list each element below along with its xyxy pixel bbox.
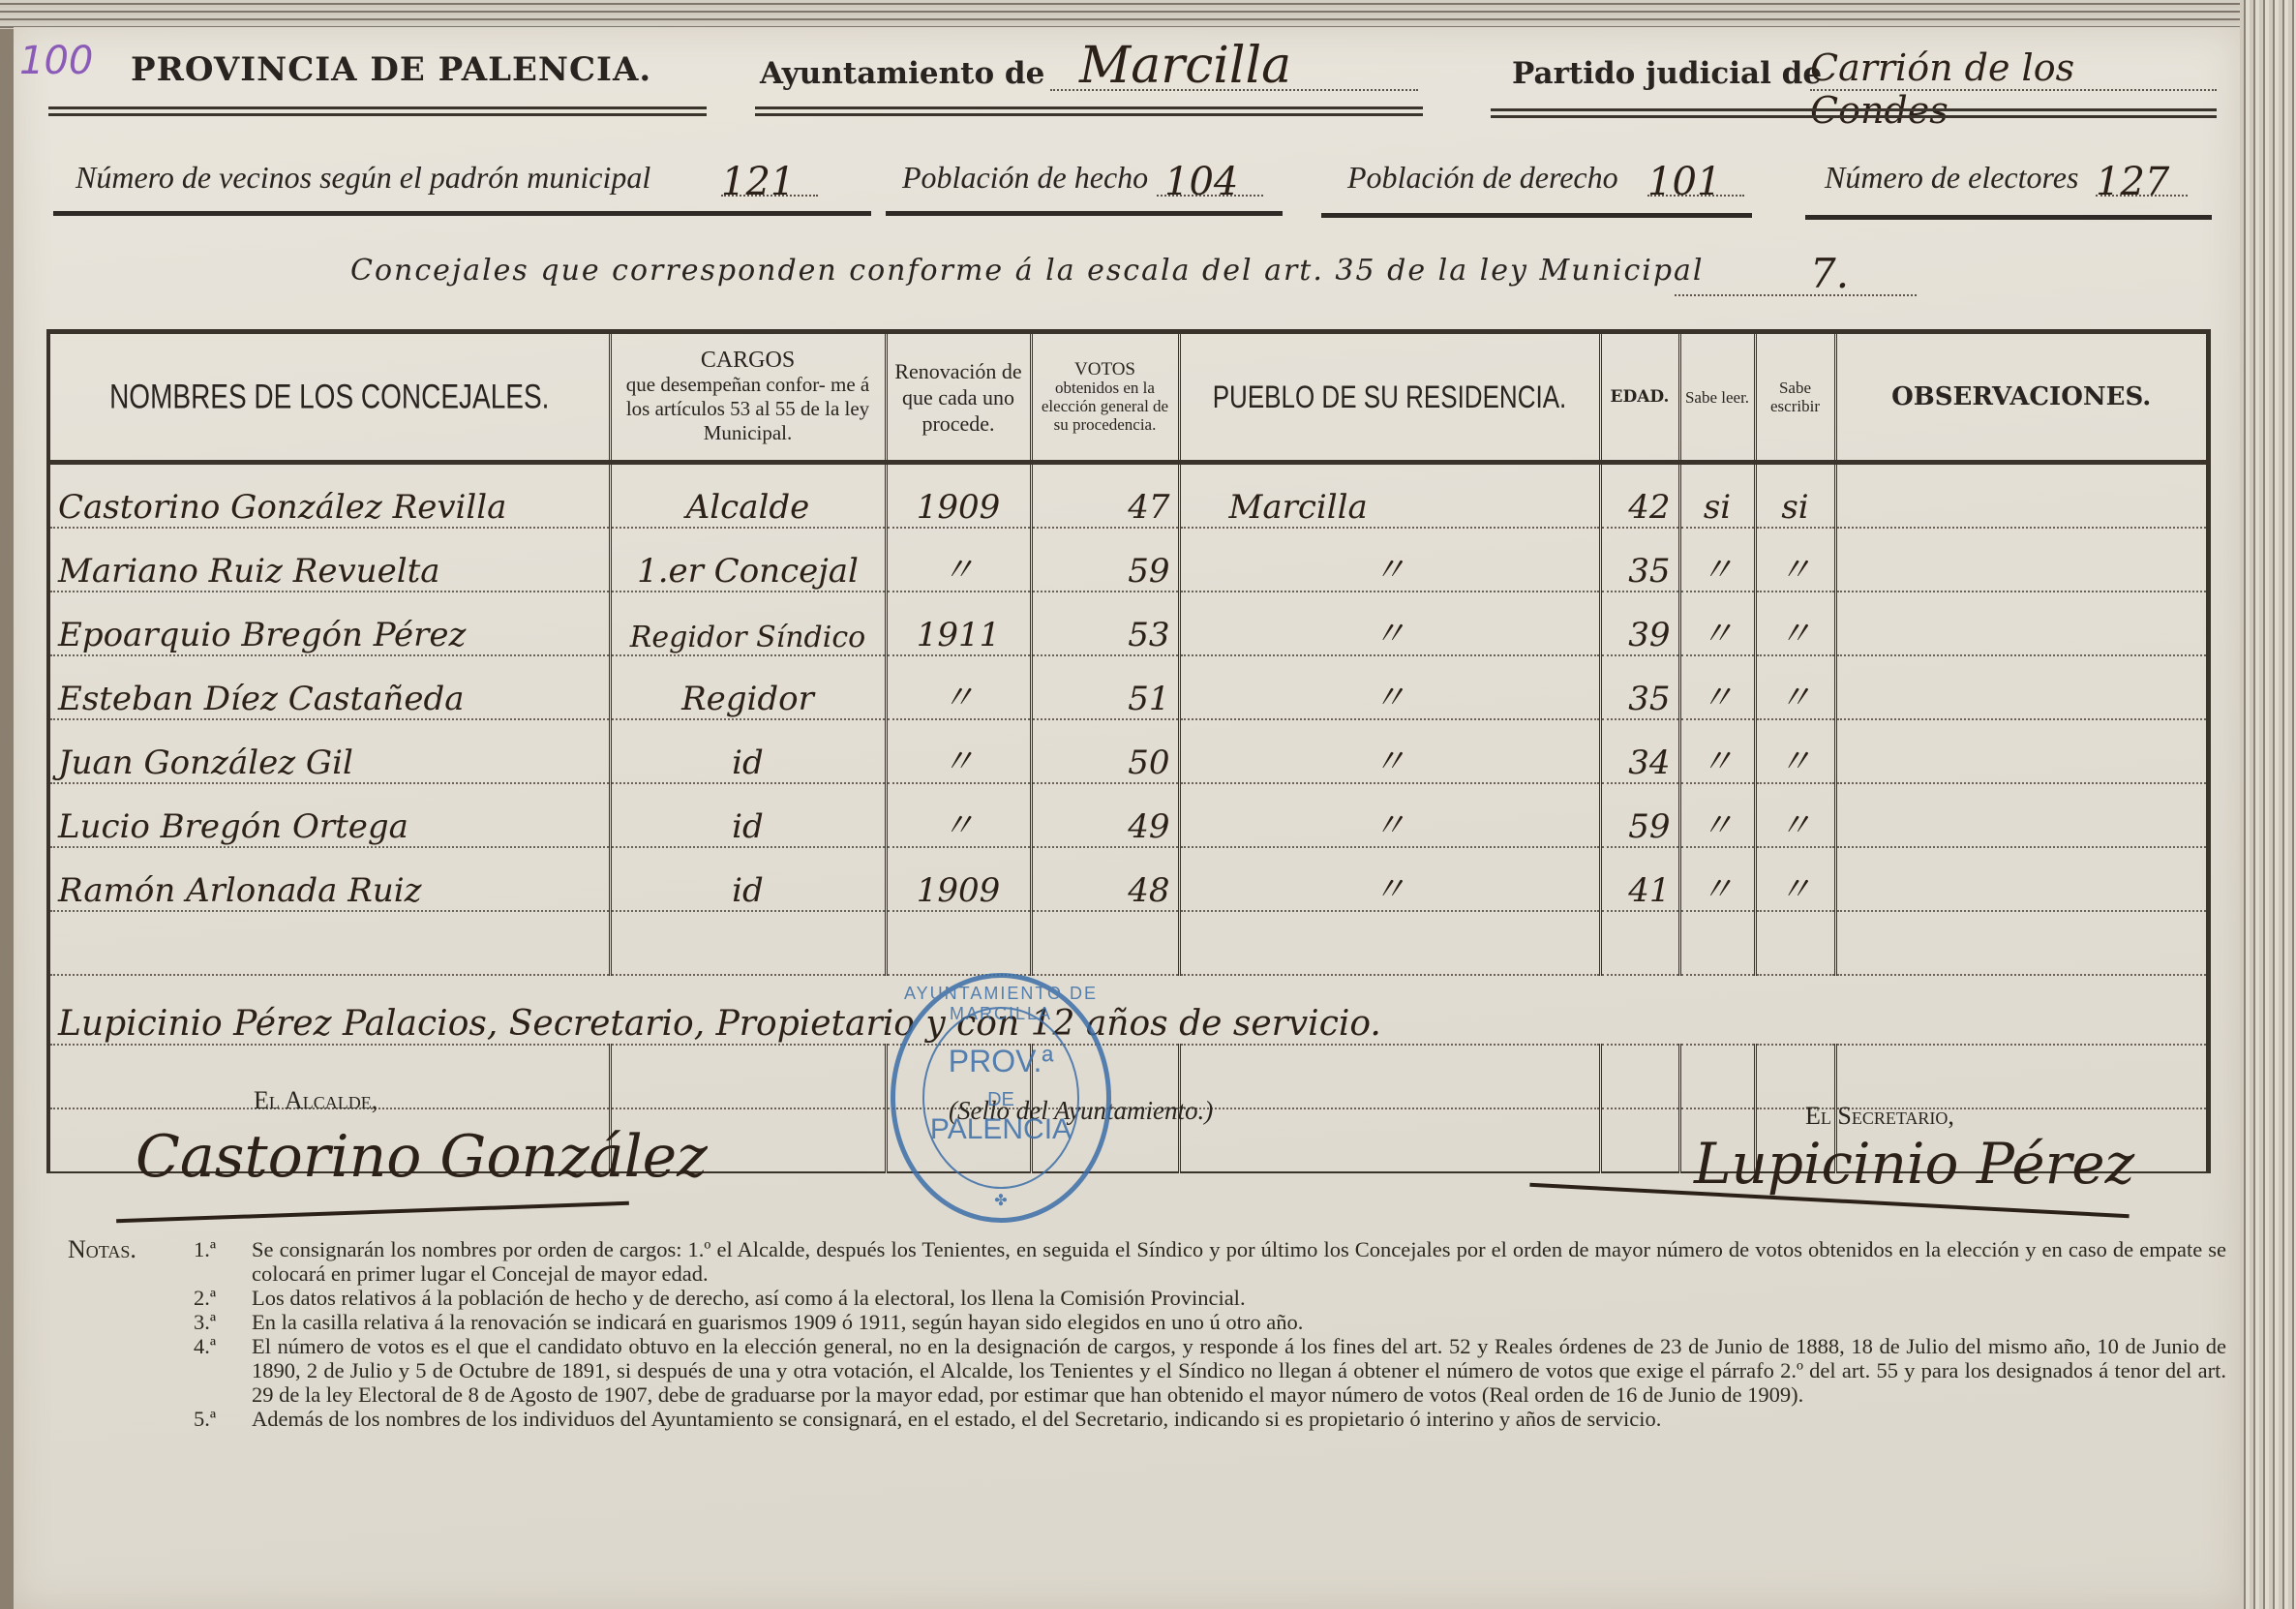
book-top-edge [0, 0, 2296, 29]
table-row-empty [48, 911, 2209, 975]
cell-cargo: Alcalde [610, 463, 886, 529]
cell-leer: 〃 [1679, 847, 1755, 911]
cell-escribir: 〃 [1755, 655, 1835, 719]
cell-edad: 39 [1600, 592, 1679, 655]
col-header-edad: EDAD. [1600, 332, 1679, 463]
cell-renovacion: 1909 [886, 463, 1031, 529]
cell-pueblo: 〃 [1179, 719, 1600, 783]
cell-escribir: 〃 [1755, 719, 1835, 783]
note-item: 5.ª Además de los nombres de los individ… [68, 1407, 2226, 1431]
cell-pueblo: 〃 [1179, 783, 1600, 847]
cell-escribir: 〃 [1755, 783, 1835, 847]
electores-field: 127 [2096, 160, 2188, 197]
cell-edad: 35 [1600, 528, 1679, 592]
divider [48, 106, 707, 116]
derecho-value: 101 [1647, 160, 1721, 204]
col-header-observaciones: OBSERVACIONES. [1835, 332, 2209, 463]
cell-renovacion: 〃 [886, 719, 1031, 783]
note-item: Notas. 1.ª Se consignarán los nombres po… [68, 1237, 2226, 1286]
cell-votos: 51 [1031, 655, 1179, 719]
cell-observaciones [1835, 783, 2209, 847]
cell-leer: 〃 [1679, 783, 1755, 847]
divider [1491, 108, 2217, 118]
cell-nombre: Lucio Bregón Ortega [48, 783, 610, 847]
cell-nombre: Epoarquio Bregón Pérez [48, 592, 610, 655]
stamp-center-top: PROV.ª [895, 1044, 1106, 1079]
cell-renovacion: 〃 [886, 655, 1031, 719]
cell-edad: 34 [1600, 719, 1679, 783]
electores-label: Número de electores [1825, 160, 2078, 196]
divider [1805, 215, 2212, 220]
cell-escribir: 〃 [1755, 847, 1835, 911]
cell-votos: 50 [1031, 719, 1179, 783]
concejales-label: Concejales que corresponden conforme á l… [350, 254, 1705, 288]
col-header-votos: VOTOS obtenidos en la elección general d… [1031, 332, 1179, 463]
table-row: Epoarquio Bregón Pérez Regidor Síndico 1… [48, 592, 2209, 655]
cell-observaciones [1835, 592, 2209, 655]
folio-mark: 100 [19, 39, 93, 83]
table-row: Esteban Díez Castañeda Regidor 〃 51 〃 35… [48, 655, 2209, 719]
cell-pueblo: 〃 [1179, 592, 1600, 655]
cell-votos: 47 [1031, 463, 1179, 529]
cell-cargo: id [610, 719, 886, 783]
note-item: 3.ª En la casilla relativa á la renovaci… [68, 1310, 2226, 1334]
concejales-value: 7. [1810, 250, 1849, 297]
cell-cargo: Regidor [610, 655, 886, 719]
cell-observaciones [1835, 528, 2209, 592]
col-header-cargos: CARGOS que desempeñan confor- me á los a… [610, 332, 886, 463]
alcalde-label: El Alcalde, [254, 1086, 378, 1115]
cell-edad: 59 [1600, 783, 1679, 847]
col-header-pueblo: PUEBLO DE SU RESIDENCIA. [1179, 332, 1600, 463]
stamp-center-bottom: PALENCIA [895, 1113, 1106, 1146]
hecho-label: Población de hecho [902, 160, 1148, 196]
cell-pueblo: 〃 [1179, 847, 1600, 911]
table-row: Lucio Bregón Ortega id 〃 49 〃 59 〃 〃 [48, 783, 2209, 847]
cell-leer: 〃 [1679, 528, 1755, 592]
ayuntamiento-field: Marcilla [1050, 54, 1418, 91]
col-header-leer: Sabe leer. [1679, 332, 1755, 463]
cell-nombre: Castorino González Revilla [48, 463, 610, 529]
cell-edad: 41 [1600, 847, 1679, 911]
notes-label: Notas. [68, 1237, 194, 1286]
partido-field: Carrión de los Condes [1810, 54, 2217, 91]
hecho-field: 104 [1157, 160, 1263, 197]
note-item: 2.ª Los datos relativos á la población d… [68, 1286, 2226, 1310]
cell-escribir: 〃 [1755, 592, 1835, 655]
cell-nombre: Ramón Arlonada Ruiz [48, 847, 610, 911]
cell-escribir: 〃 [1755, 528, 1835, 592]
electores-value: 127 [2096, 160, 2169, 204]
stamp-ring-text: AYUNTAMIENTO DE MARCILLA [895, 984, 1106, 1024]
stamp-ornament-icon: ✤ [895, 1191, 1106, 1210]
book-page-edges [2240, 0, 2296, 1609]
vecinos-value: 121 [721, 160, 795, 204]
note-item: 4.ª El número de votos es el que el cand… [68, 1334, 2226, 1407]
secretario-line: Lupicinio Pérez Palacios, Secretario, Pr… [48, 975, 2209, 1045]
divider [1321, 213, 1752, 218]
vecinos-field: 121 [721, 160, 818, 197]
table-row-secretario: Lupicinio Pérez Palacios, Secretario, Pr… [48, 975, 2209, 1045]
cell-leer: 〃 [1679, 592, 1755, 655]
cell-votos: 48 [1031, 847, 1179, 911]
partido-label: Partido judicial de [1512, 56, 1822, 91]
concejales-table: NOMBRES DE LOS CONCEJALES. CARGOS que de… [46, 329, 2211, 1173]
derecho-field: 101 [1647, 160, 1744, 197]
col-header-renovacion: Renovación de que cada uno procede. [886, 332, 1031, 463]
cell-observaciones [1835, 655, 2209, 719]
cell-renovacion: 1909 [886, 847, 1031, 911]
municipal-seal-stamp: AYUNTAMIENTO DE MARCILLA PROV.ª DE PALEN… [891, 973, 1111, 1223]
divider [886, 211, 1283, 216]
cell-pueblo: Marcilla [1179, 463, 1600, 529]
ayuntamiento-value: Marcilla [1079, 37, 1291, 95]
col-header-escribir: Sabe escribir [1755, 332, 1835, 463]
partido-value: Carrión de los Condes [1810, 46, 2217, 132]
cell-observaciones [1835, 847, 2209, 911]
cell-edad: 35 [1600, 655, 1679, 719]
table-row: Castorino González Revilla Alcalde 1909 … [48, 463, 2209, 529]
provincia-title: PROVINCIA DE PALENCIA. [131, 50, 651, 89]
cell-votos: 59 [1031, 528, 1179, 592]
cell-leer: si [1679, 463, 1755, 529]
table-row: Juan González Gil id 〃 50 〃 34 〃 〃 [48, 719, 2209, 783]
divider [53, 211, 871, 216]
ayuntamiento-label: Ayuntamiento de [760, 56, 1044, 91]
cell-renovacion: 〃 [886, 528, 1031, 592]
cell-pueblo: 〃 [1179, 655, 1600, 719]
cell-votos: 53 [1031, 592, 1179, 655]
secretario-signature: Lupicinio Pérez [1694, 1131, 2134, 1197]
cell-pueblo: 〃 [1179, 528, 1600, 592]
cell-cargo: id [610, 847, 886, 911]
cell-observaciones [1835, 719, 2209, 783]
table-row: Mariano Ruiz Revuelta 1.er Concejal 〃 59… [48, 528, 2209, 592]
hecho-value: 104 [1157, 160, 1238, 204]
notes-section: Notas. 1.ª Se consignarán los nombres po… [68, 1237, 2226, 1431]
cell-edad: 42 [1600, 463, 1679, 529]
table-header-row: NOMBRES DE LOS CONCEJALES. CARGOS que de… [48, 332, 2209, 463]
vecinos-label: Número de vecinos según el padrón munici… [76, 160, 650, 196]
cell-escribir: si [1755, 463, 1835, 529]
alcalde-signature: Castorino González [136, 1123, 708, 1191]
cell-nombre: Juan González Gil [48, 719, 610, 783]
cell-nombre: Esteban Díez Castañeda [48, 655, 610, 719]
cell-observaciones [1835, 463, 2209, 529]
cell-cargo: id [610, 783, 886, 847]
cell-nombre: Mariano Ruiz Revuelta [48, 528, 610, 592]
cell-leer: 〃 [1679, 655, 1755, 719]
stamp-center-mid: DE [895, 1089, 1106, 1111]
cell-cargo: 1.er Concejal [610, 528, 886, 592]
divider [755, 106, 1423, 116]
concejales-field: 7. [1675, 259, 1917, 296]
cell-renovacion: 〃 [886, 783, 1031, 847]
cell-cargo: Regidor Síndico [610, 592, 886, 655]
col-header-nombres: NOMBRES DE LOS CONCEJALES. [48, 332, 610, 463]
table-row: Ramón Arlonada Ruiz id 1909 48 〃 41 〃 〃 [48, 847, 2209, 911]
derecho-label: Población de derecho [1347, 160, 1618, 196]
cell-renovacion: 1911 [886, 592, 1031, 655]
cell-leer: 〃 [1679, 719, 1755, 783]
cell-votos: 49 [1031, 783, 1179, 847]
secretario-label: El Secretario, [1805, 1102, 1954, 1131]
